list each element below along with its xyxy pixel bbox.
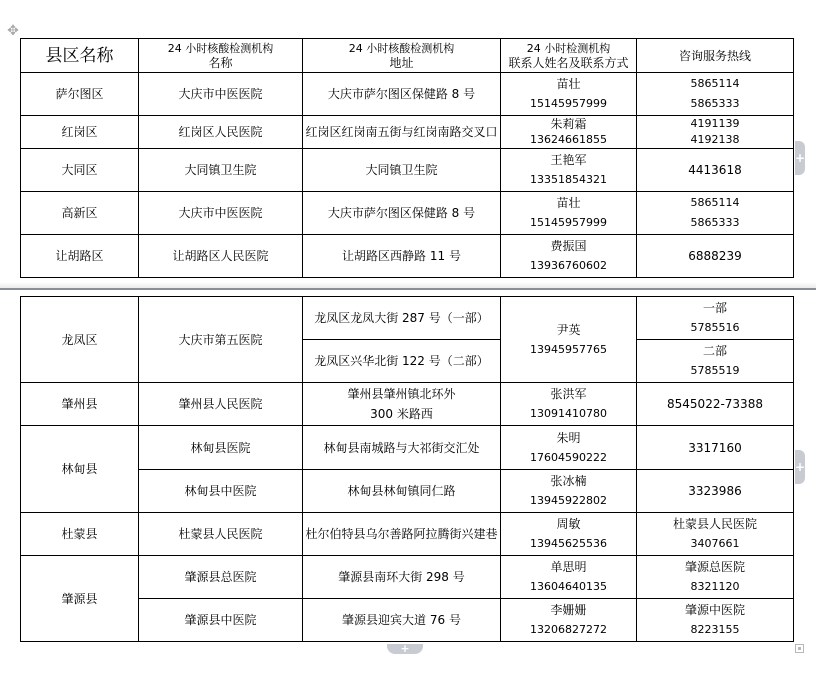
institution-cell: 大庆市中医医院 — [139, 73, 303, 116]
institution-cell: 杜蒙县人民医院 — [139, 513, 303, 556]
header-contact: 24 小时检测机构 联系人姓名及联系方式 — [501, 39, 637, 73]
hotline-cell: 5865114 5865333 — [637, 73, 794, 116]
address-cell: 肇源县迎宾大道 76 号 — [303, 599, 501, 642]
contact-name: 周敏 — [501, 514, 636, 534]
address-cell: 大庆市萨尔图区保健路 8 号 — [303, 192, 501, 235]
add-row-handle-icon[interactable]: + — [387, 644, 423, 654]
table-row: 红岗区 红岗区人民医院 红岗区红岗南五街与红岗南路交叉口 朱莉霜 1362466… — [21, 116, 794, 149]
institution-cell: 大庆市中医医院 — [139, 192, 303, 235]
district-cell: 杜蒙县 — [21, 513, 139, 556]
contact-phone: 17604590222 — [501, 448, 636, 468]
institution-cell: 肇州县人民医院 — [139, 383, 303, 426]
hotline-label: 肇源中医院 — [637, 600, 793, 620]
testing-sites-table-part2: 龙凤区 大庆市第五医院 龙凤区龙凤大街 287 号（一部） 尹英 1394595… — [20, 296, 794, 642]
hotline-number: 8321120 — [637, 577, 793, 597]
contact-cell: 周敏 13945625536 — [501, 513, 637, 556]
header-district: 县区名称 — [21, 39, 139, 73]
table-row: 肇州县 肇州县人民医院 肇州县肇州镇北环外 300 米路西 张洪军 130914… — [21, 383, 794, 426]
hotline-cell: 肇源中医院 8223155 — [637, 599, 794, 642]
hotline-cell: 3323986 — [637, 470, 794, 513]
hotline-label: 肇源总医院 — [637, 557, 793, 577]
district-cell: 大同区 — [21, 149, 139, 192]
contact-cell: 单思明 13604640135 — [501, 556, 637, 599]
hotline-cell: 4191139 4192138 — [637, 116, 794, 149]
hotline-cell: 杜蒙县人民医院 3407661 — [637, 513, 794, 556]
district-cell: 肇源县 — [21, 556, 139, 642]
institution-cell: 肇源县总医院 — [139, 556, 303, 599]
address-cell: 肇州县肇州镇北环外 300 米路西 — [303, 383, 501, 426]
table-row: 大同区 大同镇卫生院 大同镇卫生院 王艳军 13351854321 441361… — [21, 149, 794, 192]
hotline-number: 4192138 — [637, 132, 793, 148]
hotline-number: 5785519 — [637, 361, 793, 381]
district-cell: 让胡路区 — [21, 235, 139, 278]
contact-phone: 15145957999 — [501, 213, 636, 233]
add-column-handle-icon[interactable]: + — [795, 450, 805, 484]
header-institution: 24 小时核酸检测机构 名称 — [139, 39, 303, 73]
header-contact-line2: 联系人姓名及联系方式 — [501, 56, 636, 71]
contact-cell: 王艳军 13351854321 — [501, 149, 637, 192]
header-address: 24 小时核酸检测机构 地址 — [303, 39, 501, 73]
table-row: 让胡路区 让胡路区人民医院 让胡路区西静路 11 号 费振国 139367606… — [21, 235, 794, 278]
contact-phone: 13945625536 — [501, 534, 636, 554]
contact-cell: 苗壮 15145957999 — [501, 192, 637, 235]
header-hotline: 咨询服务热线 — [637, 39, 794, 73]
district-cell: 萨尔图区 — [21, 73, 139, 116]
contact-phone: 15145957999 — [501, 94, 636, 114]
header-institution-line1: 24 小时核酸检测机构 — [139, 41, 302, 56]
institution-cell: 大庆市第五医院 — [139, 297, 303, 383]
hotline-cell: 肇源总医院 8321120 — [637, 556, 794, 599]
contact-name: 朱莉霜 — [501, 116, 636, 132]
page-break-divider — [0, 288, 816, 290]
contact-phone: 13206827272 — [501, 620, 636, 640]
institution-cell: 林甸县医院 — [139, 426, 303, 470]
contact-cell: 张洪军 13091410780 — [501, 383, 637, 426]
table-row: 林甸县 林甸县医院 林甸县南城路与大祁街交汇处 朱明 17604590222 3… — [21, 426, 794, 470]
address-cell: 龙凤区兴华北街 122 号（二部） — [303, 340, 501, 383]
contact-name: 费振国 — [501, 236, 636, 256]
institution-cell: 大同镇卫生院 — [139, 149, 303, 192]
district-cell: 红岗区 — [21, 116, 139, 149]
address-line: 300 米路西 — [303, 404, 500, 424]
table-row: 龙凤区 大庆市第五医院 龙凤区龙凤大街 287 号（一部） 尹英 1394595… — [21, 297, 794, 340]
contact-phone: 13624661855 — [501, 132, 636, 148]
institution-cell: 林甸县中医院 — [139, 470, 303, 513]
contact-name: 王艳军 — [501, 150, 636, 170]
district-cell: 高新区 — [21, 192, 139, 235]
hotline-number: 5865114 — [637, 193, 793, 213]
contact-cell: 李姗姗 13206827272 — [501, 599, 637, 642]
contact-cell: 张冰楠 13945922802 — [501, 470, 637, 513]
contact-name: 单思明 — [501, 557, 636, 577]
hotline-number: 5865333 — [637, 94, 793, 114]
header-address-line2: 地址 — [303, 56, 500, 71]
hotline-number: 5865333 — [637, 213, 793, 233]
address-cell: 林甸县南城路与大祁街交汇处 — [303, 426, 501, 470]
hotline-label: 二部 — [637, 341, 793, 361]
address-cell: 龙凤区龙凤大街 287 号（一部） — [303, 297, 501, 340]
hotline-number: 3407661 — [637, 534, 793, 554]
hotline-cell: 6888239 — [637, 235, 794, 278]
district-cell: 肇州县 — [21, 383, 139, 426]
hotline-cell: 3317160 — [637, 426, 794, 470]
contact-phone: 13945922802 — [501, 491, 636, 511]
contact-name: 朱明 — [501, 428, 636, 448]
contact-name: 尹英 — [501, 320, 636, 340]
district-cell: 林甸县 — [21, 426, 139, 513]
hotline-label: 杜蒙县人民医院 — [637, 514, 793, 534]
hotline-cell: 4413618 — [637, 149, 794, 192]
contact-cell: 苗壮 15145957999 — [501, 73, 637, 116]
contact-name: 苗壮 — [501, 74, 636, 94]
hotline-cell: 二部 5785519 — [637, 340, 794, 383]
hotline-cell: 8545022-73388 — [637, 383, 794, 426]
testing-sites-table-part1: 县区名称 24 小时核酸检测机构 名称 24 小时核酸检测机构 地址 24 小时… — [20, 38, 794, 278]
header-address-line1: 24 小时核酸检测机构 — [303, 41, 500, 56]
contact-cell: 费振国 13936760602 — [501, 235, 637, 278]
contact-phone: 13604640135 — [501, 577, 636, 597]
hotline-number: 5865114 — [637, 74, 793, 94]
address-cell: 红岗区红岗南五街与红岗南路交叉口 — [303, 116, 501, 149]
hotline-label: 一部 — [637, 298, 793, 318]
hotline-cell: 一部 5785516 — [637, 297, 794, 340]
contact-phone: 13091410780 — [501, 404, 636, 424]
contact-cell: 尹英 13945957765 — [501, 297, 637, 383]
table-row: 萨尔图区 大庆市中医医院 大庆市萨尔图区保健路 8 号 苗壮 151459579… — [21, 73, 794, 116]
contact-phone: 13351854321 — [501, 170, 636, 190]
table-row: 杜蒙县 杜蒙县人民医院 杜尔伯特县乌尔善路阿拉腾街兴建巷 周敏 13945625… — [21, 513, 794, 556]
hotline-number: 4191139 — [637, 116, 793, 132]
contact-name: 张洪军 — [501, 384, 636, 404]
district-cell: 龙凤区 — [21, 297, 139, 383]
contact-cell: 朱明 17604590222 — [501, 426, 637, 470]
institution-cell: 肇源县中医院 — [139, 599, 303, 642]
address-cell: 杜尔伯特县乌尔善路阿拉腾街兴建巷 — [303, 513, 501, 556]
institution-cell: 红岗区人民医院 — [139, 116, 303, 149]
address-cell: 大庆市萨尔图区保健路 8 号 — [303, 73, 501, 116]
contact-name: 苗壮 — [501, 193, 636, 213]
hotline-number: 8223155 — [637, 620, 793, 640]
contact-phone: 13945957765 — [501, 340, 636, 360]
institution-cell: 让胡路区人民医院 — [139, 235, 303, 278]
contact-cell: 朱莉霜 13624661855 — [501, 116, 637, 149]
address-cell: 大同镇卫生院 — [303, 149, 501, 192]
hotline-cell: 5865114 5865333 — [637, 192, 794, 235]
address-cell: 林甸县林甸镇同仁路 — [303, 470, 501, 513]
contact-phone: 13936760602 — [501, 256, 636, 276]
header-contact-line1: 24 小时检测机构 — [501, 41, 636, 56]
address-cell: 肇源县南环大街 298 号 — [303, 556, 501, 599]
table-move-handle-icon[interactable]: ✥ — [6, 24, 20, 38]
add-column-handle-icon[interactable]: + — [795, 141, 805, 175]
address-cell: 让胡路区西静路 11 号 — [303, 235, 501, 278]
hotline-number: 5785516 — [637, 318, 793, 338]
table-header-row: 县区名称 24 小时核酸检测机构 名称 24 小时核酸检测机构 地址 24 小时… — [21, 39, 794, 73]
contact-name: 张冰楠 — [501, 471, 636, 491]
table-row: 高新区 大庆市中医医院 大庆市萨尔图区保健路 8 号 苗壮 1514595799… — [21, 192, 794, 235]
contact-name: 李姗姗 — [501, 600, 636, 620]
table-resize-handle-icon[interactable] — [795, 644, 804, 653]
address-line: 肇州县肇州镇北环外 — [303, 384, 500, 404]
table-row: 肇源县 肇源县总医院 肇源县南环大街 298 号 单思明 13604640135… — [21, 556, 794, 599]
header-institution-line2: 名称 — [139, 56, 302, 71]
